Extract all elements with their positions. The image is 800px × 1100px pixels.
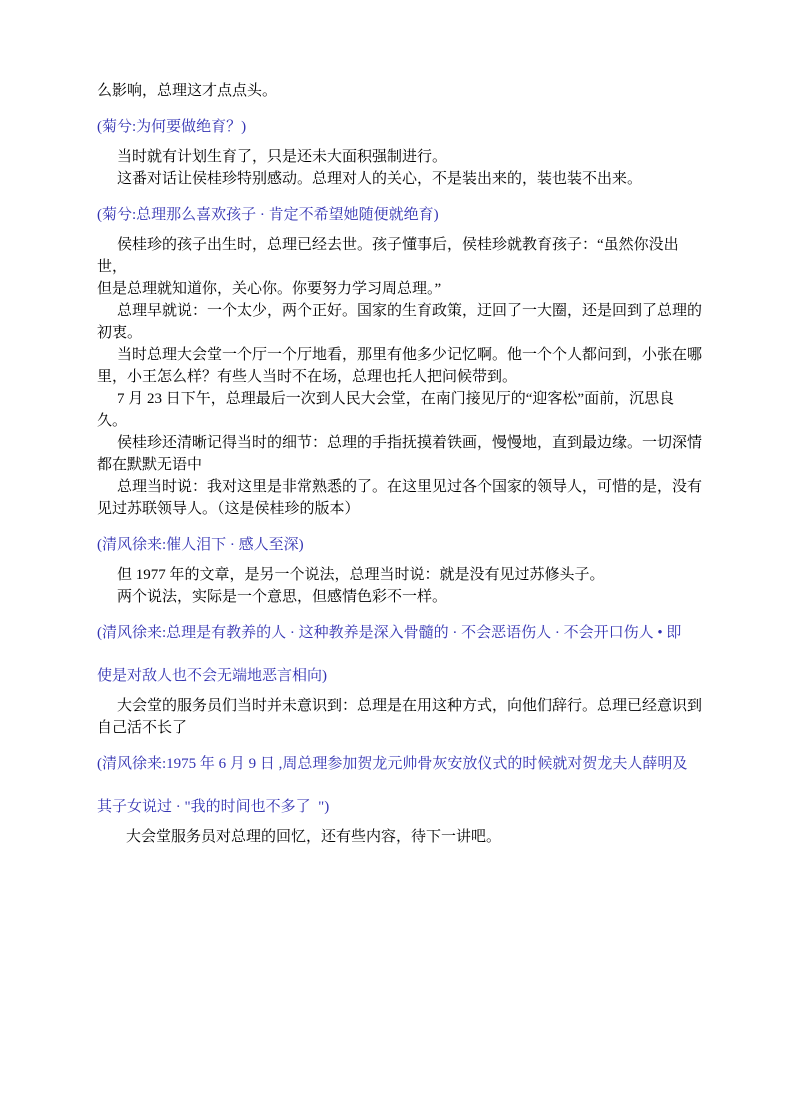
- reader-comment: (清风徐来:催人泪下 · 感人至深): [97, 534, 708, 556]
- paragraph: 大会堂的服务员们当时并未意识到：总理是在用这种方式，向他们辞行。总理已经意识到 …: [97, 695, 708, 739]
- text-line: 7 月 23 日下午，总理最后一次到人民大会堂，在南门接见厅的“迎客松”面前，沉…: [97, 388, 708, 410]
- paragraph: 7 月 23 日下午，总理最后一次到人民大会堂，在南门接见厅的“迎客松”面前，沉…: [97, 388, 708, 432]
- text-line: 大会堂服务员对总理的回忆，还有些内容，待下一讲吧。: [97, 826, 708, 848]
- paragraph-closing: 大会堂服务员对总理的回忆，还有些内容，待下一讲吧。: [97, 826, 708, 848]
- paragraph: 两个说法，实际是一个意思，但感情色彩不一样。: [97, 586, 708, 608]
- comment-text-line: (清风徐来:催人泪下 · 感人至深): [97, 534, 708, 556]
- text-line: 都在默默无语中: [97, 454, 708, 476]
- reader-comment: (清风徐来:1975 年 6 月 9 日 ,周总理参加贺龙元帅骨灰安放仪式的时候…: [97, 753, 708, 818]
- paragraph: 侯桂珍的孩子出生时，总理已经去世。孩子懂事后，侯桂珍就教育孩子：“虽然你没出世，…: [97, 234, 708, 300]
- text-line: 但是总理就知道你，关心你。你要努力学习周总理。”: [97, 278, 708, 300]
- text-line: 当时就有计划生育了，只是还未大面积强制进行。: [97, 146, 708, 168]
- text-line: 见过苏联领导人。（这是侯桂珍的版本）: [97, 498, 708, 520]
- text-line: 这番对话让侯桂珍特别感动。总理对人的关心，不是装出来的，装也装不出来。: [97, 168, 708, 190]
- text-line: 自己活不长了: [97, 717, 708, 739]
- text-line: 大会堂的服务员们当时并未意识到：总理是在用这种方式，向他们辞行。总理已经意识到: [97, 695, 708, 717]
- comment-text-line: (清风徐来:总理是有教养的人 · 这种教养是深入骨髓的 · 不会恶语伤人 · 不…: [97, 622, 708, 644]
- paragraph: 总理早就说：一个太少，两个正好。国家的生育政策，迂回了一大圈，还是回到了总理的 …: [97, 300, 708, 344]
- comment-text-line: (菊兮:为何要做绝育？): [97, 116, 708, 138]
- text-line: 初衷。: [97, 322, 708, 344]
- text-line: 么影响，总理这才点点头。: [97, 80, 708, 102]
- paragraph: 当时总理大会堂一个厅一个厅地看，那里有他多少记忆啊。他一个个人都问到，小张在哪 …: [97, 344, 708, 388]
- text-line: 两个说法，实际是一个意思，但感情色彩不一样。: [97, 586, 708, 608]
- reader-comment: (菊兮:总理那么喜欢孩子 · 肯定不希望她随便就绝育): [97, 204, 708, 226]
- paragraph: 这番对话让侯桂珍特别感动。总理对人的关心，不是装出来的，装也装不出来。: [97, 168, 708, 190]
- text-line: 侯桂珍还清晰记得当时的细节：总理的手指抚摸着铁画，慢慢地，直到最边缘。一切深情: [97, 432, 708, 454]
- comment-text-line: 使是对敌人也不会无端地恶言相向): [97, 665, 708, 687]
- reader-comment: (菊兮:为何要做绝育？): [97, 116, 708, 138]
- paragraph: 侯桂珍还清晰记得当时的细节：总理的手指抚摸着铁画，慢慢地，直到最边缘。一切深情 …: [97, 432, 708, 476]
- paragraph: 当时就有计划生育了，只是还未大面积强制进行。: [97, 146, 708, 168]
- paragraph: 总理当时说：我对这里是非常熟悉的了。在这里见过各个国家的领导人，可惜的是，没有 …: [97, 476, 708, 520]
- text-line: 但 1977 年的文章，是另一个说法，总理当时说：就是没有见过苏修头子。: [97, 564, 708, 586]
- text-line: 久。: [97, 410, 708, 432]
- comment-text-line: (菊兮:总理那么喜欢孩子 · 肯定不希望她随便就绝育): [97, 204, 708, 226]
- paragraph-continuation: 么影响，总理这才点点头。: [97, 80, 708, 102]
- document-page: 么影响，总理这才点点头。 (菊兮:为何要做绝育？) 当时就有计划生育了，只是还未…: [0, 0, 800, 1100]
- comment-text-line: 其子女说过 · "我的时间也不多了 "): [97, 796, 708, 818]
- text-line: 侯桂珍的孩子出生时，总理已经去世。孩子懂事后，侯桂珍就教育孩子：“虽然你没出世，: [97, 234, 708, 278]
- text-line: 里，小王怎么样？有些人当时不在场，总理也托人把问候带到。: [97, 366, 708, 388]
- comment-text-line: (清风徐来:1975 年 6 月 9 日 ,周总理参加贺龙元帅骨灰安放仪式的时候…: [97, 753, 708, 775]
- text-line: 总理当时说：我对这里是非常熟悉的了。在这里见过各个国家的领导人，可惜的是，没有: [97, 476, 708, 498]
- text-line: 总理早就说：一个太少，两个正好。国家的生育政策，迂回了一大圈，还是回到了总理的: [97, 300, 708, 322]
- reader-comment: (清风徐来:总理是有教养的人 · 这种教养是深入骨髓的 · 不会恶语伤人 · 不…: [97, 622, 708, 687]
- text-line: 当时总理大会堂一个厅一个厅地看，那里有他多少记忆啊。他一个个人都问到，小张在哪: [97, 344, 708, 366]
- paragraph: 但 1977 年的文章，是另一个说法，总理当时说：就是没有见过苏修头子。: [97, 564, 708, 586]
